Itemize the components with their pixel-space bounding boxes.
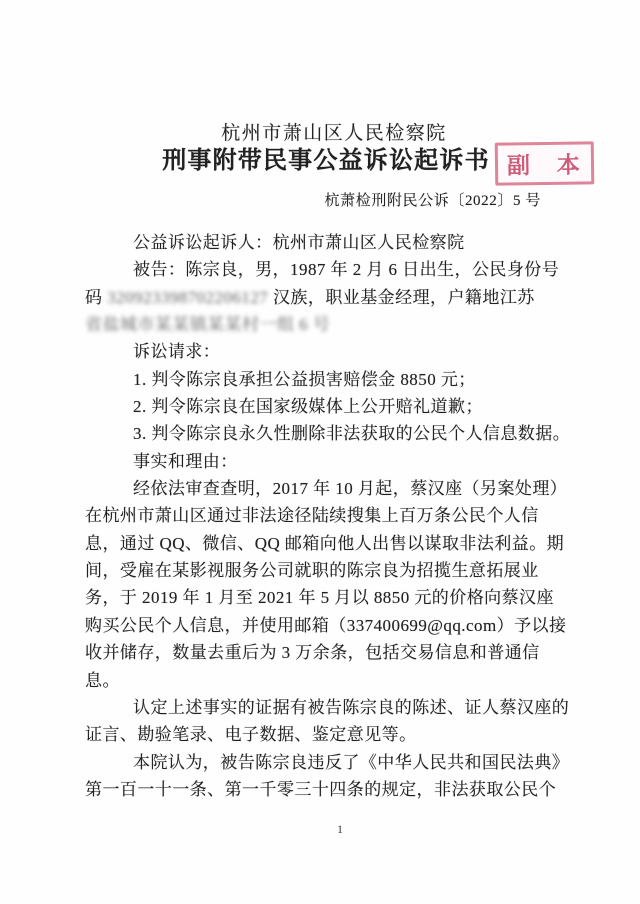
claim-item-1: 1. 判令陈宗良承担公益损害赔偿金 8850 元； [85, 366, 575, 393]
copy-stamp-label: 副 本 [507, 152, 582, 178]
fact-line-8: 息。 [85, 667, 575, 694]
redacted-address: 省盐城市某某镇某某村一组 6 号 [85, 315, 330, 334]
plaintiff-line: 公益诉讼起诉人：杭州市萧山区人民检察院 [85, 229, 575, 256]
claims-heading: 诉讼请求： [85, 338, 575, 365]
evidence-line-1: 认定上述事实的证据有被告陈宗良的陈述、证人蔡汉座的 [85, 694, 575, 721]
page-number: 1 [20, 822, 640, 837]
fact-line-5: 务，于 2019 年 1 月至 2021 年 5 月以 8850 元的价格向蔡汉… [85, 584, 575, 611]
defendant-line-2-prefix: 码 [85, 288, 107, 307]
opinion-line-2: 第一百一十一条、第一千零三十四条的规定，非法获取公民个 [85, 776, 575, 803]
claim-item-3: 3. 判令陈宗良永久性删除非法获取的公民个人信息数据。 [85, 420, 575, 447]
copy-stamp: 副 本 [495, 141, 594, 185]
scanned-indictment-page: 杭州市萧山区人民检察院 刑事附带民事公益诉讼起诉书 副 本 杭萧检刑附民公诉〔2… [0, 0, 640, 904]
document-number: 杭萧检刑附民公诉〔2022〕5 号 [325, 189, 541, 210]
fact-line-6: 购买公民个人信息，并使用邮箱（337400699@qq.com）予以接 [85, 612, 575, 639]
defendant-line-2: 码 320923398702206127 汉族，职业基金经理，户籍地江苏 [85, 284, 575, 311]
defendant-line-1: 被告：陈宗良，男，1987 年 2 月 6 日出生，公民身份号 [85, 256, 575, 283]
evidence-line-2: 证言、勘验笔录、电子数据、鉴定意见等。 [85, 721, 575, 748]
redacted-id-number: 320923398702206127 [107, 288, 268, 307]
fact-line-4: 间，受雇在某影视服务公司就职的陈宗良为招揽生意拓展业 [85, 557, 575, 584]
opinion-line-1: 本院认为，被告陈宗良违反了《中华人民共和国民法典》 [85, 749, 575, 776]
fact-line-7: 收并储存，数量去重后为 3 万余条，包括交易信息和普通信 [85, 639, 575, 666]
fact-line-1: 经依法审查查明，2017 年 10 月起，蔡汉座（另案处理） [85, 475, 575, 502]
defendant-line-3: 省盐城市某某镇某某村一组 6 号 [85, 311, 575, 338]
claim-item-2: 2. 判令陈宗良在国家级媒体上公开赔礼道歉； [85, 393, 575, 420]
fact-line-3: 息，通过 QQ、微信、QQ 邮箱向他人出售以谋取非法利益。期 [85, 530, 575, 557]
defendant-line-2-suffix: 汉族，职业基金经理，户籍地江苏 [268, 288, 534, 307]
facts-heading: 事实和理由： [85, 448, 575, 475]
fact-line-2: 在杭州市萧山区通过非法途径陆续搜集上百万条公民个人信 [85, 502, 575, 529]
document-body: 公益诉讼起诉人：杭州市萧山区人民检察院 被告：陈宗良，男，1987 年 2 月 … [85, 229, 575, 803]
